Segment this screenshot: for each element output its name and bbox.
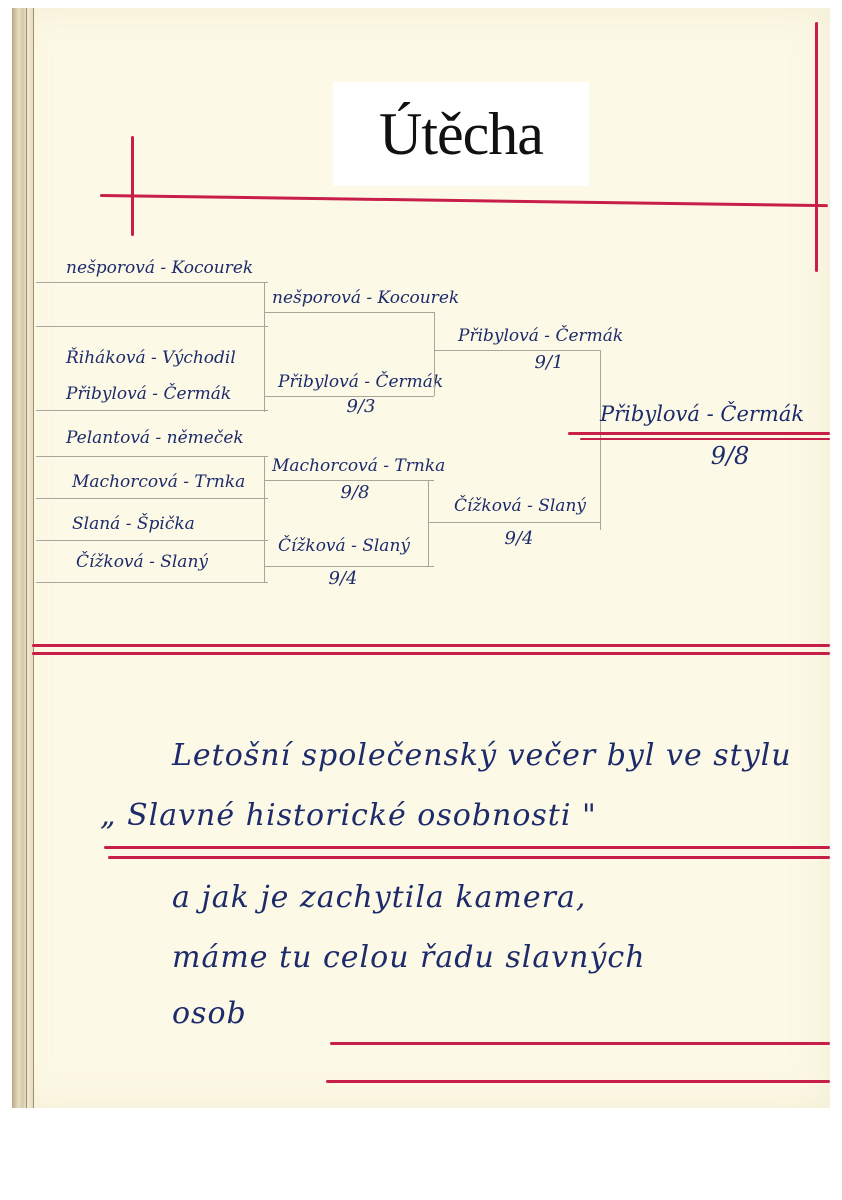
bracket-connector (428, 480, 429, 566)
bracket-r1-entry: Pelantová - němeček (66, 428, 244, 448)
red-final-underline (568, 432, 830, 435)
title-label: Útěcha (333, 82, 589, 186)
text-line-4: máme tu celou řadu slavných (172, 940, 646, 975)
red-vertical-rule-right (815, 22, 818, 272)
bracket-line (428, 522, 600, 523)
bracket-r2-entry: Machorcová - Trnka (272, 456, 445, 476)
bracket-line (434, 350, 600, 351)
bracket-r1-entry: nešporová - Kocourek (66, 258, 253, 278)
text-line-5: osob (172, 996, 247, 1031)
bracket-connector (264, 456, 265, 582)
bracket-connector (600, 350, 601, 530)
page-title: Útěcha (379, 100, 543, 169)
text-line-1: Letošní společenský večer byl ve stylu (172, 738, 792, 773)
bracket-line (264, 566, 434, 567)
red-double-underline (104, 846, 830, 849)
red-closing-rule (326, 1080, 830, 1083)
text-line-3: a jak je zachytila kamera, (172, 880, 586, 915)
bracket-line (264, 312, 434, 313)
bracket-line (264, 480, 434, 481)
binding-line (26, 8, 27, 1108)
bracket-line (36, 410, 268, 411)
bracket-r1-entry: Machorcová - Trnka (72, 472, 245, 492)
bracket-r1-entry: Čížková - Slaný (76, 552, 208, 572)
red-closing-rule (330, 1042, 830, 1045)
red-vertical-rule-left (131, 136, 134, 236)
bracket-line (36, 540, 268, 541)
bracket-final-entry: Přibylová - Čermák (600, 402, 804, 426)
bracket-line (36, 456, 268, 457)
bracket-r2-score: 9/4 (318, 568, 368, 589)
red-section-divider (32, 644, 830, 647)
bracket-r2-entry: nešporová - Kocourek (272, 288, 459, 308)
bracket-r1-entry: Řiháková - Východil (66, 348, 236, 368)
red-double-underline (108, 856, 830, 859)
bracket-r2-entry: Přibylová - Čermák (278, 372, 443, 392)
bracket-r2-score: 9/3 (336, 396, 386, 417)
bracket-sf-entry: Přibylová - Čermák (458, 326, 623, 346)
bracket-final-score: 9/8 (700, 442, 760, 470)
bracket-r2-entry: Čížková - Slaný (278, 536, 410, 556)
bracket-connector (264, 282, 265, 412)
binding-line (33, 8, 34, 1108)
bracket-line (36, 326, 268, 327)
bracket-sf-entry: Čížková - Slaný (454, 496, 586, 516)
bracket-r1-entry: Přibylová - Čermák (66, 384, 231, 404)
bracket-line (36, 282, 268, 283)
bracket-r1-entry: Slaná - Špička (72, 514, 195, 534)
bracket-connector (434, 312, 435, 396)
bracket-line (264, 396, 434, 397)
red-section-divider (32, 652, 830, 655)
page-binding-edge (12, 8, 34, 1108)
text-line-2: „ Slavné historické osobnosti " (100, 798, 597, 833)
bracket-line (36, 582, 268, 583)
bracket-line (36, 498, 268, 499)
bracket-r2-score: 9/8 (330, 482, 380, 503)
bracket-sf-score: 9/4 (494, 528, 544, 549)
bracket-sf-score: 9/1 (524, 352, 574, 373)
red-final-underline (580, 438, 830, 440)
